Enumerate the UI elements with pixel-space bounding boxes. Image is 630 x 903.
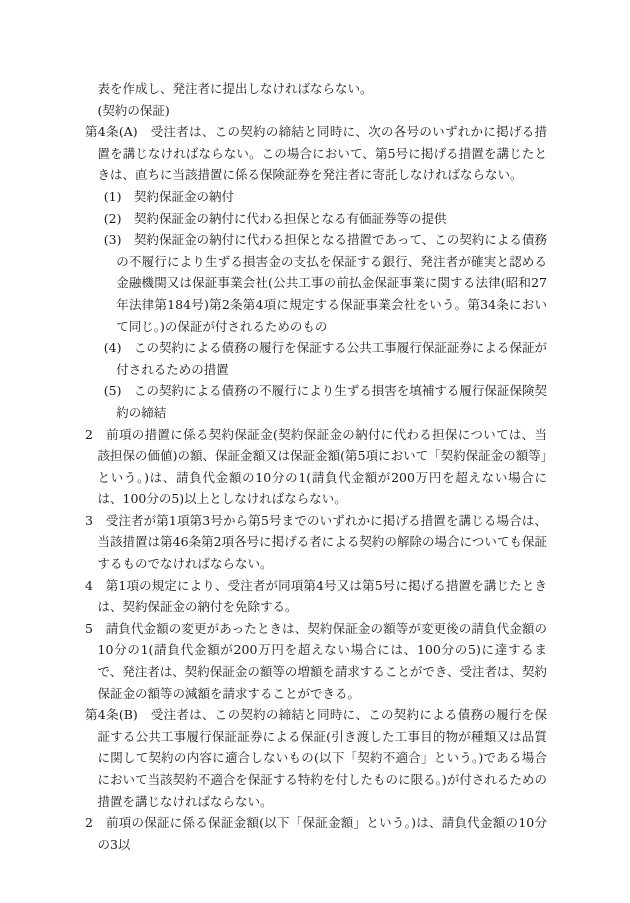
paragraph-number: 3: [85, 513, 93, 528]
text-run: この契約による債務の履行を保証する公共工事履行保証証券による保証が付されるための…: [116, 340, 547, 377]
text-run: 契約保証金の納付に代わる担保となる措置であって、この契約による債務の不履行により…: [116, 232, 547, 333]
list-item: (1) 契約保証金の納付: [85, 186, 547, 208]
item-number: (2): [104, 211, 122, 226]
item-number: (1): [104, 189, 122, 204]
text-run: 受注者は、この契約の締結と同時に、この契約による債務の履行を保証する公共工事履行…: [98, 707, 548, 808]
item-number: (5): [104, 383, 122, 398]
item-number: (3): [104, 232, 122, 247]
numbered-paragraph: 2 前項の保証に係る保証金額(以下「保証金額」という。)は、請負代金額の10分の…: [85, 812, 547, 855]
article-paragraph: 第4条(B) 受注者は、この契約の締結と同時に、この契約による債務の履行を保証す…: [85, 704, 547, 812]
text-run: 契約保証金の納付: [134, 189, 234, 204]
numbered-paragraph: 4 第1項の規定により、受注者が同項第4号又は第5号に掲げる措置を講じたときは、…: [85, 575, 547, 618]
text-run: この契約による債務の不履行により生ずる損害を填補する履行保証保険契約の締結: [116, 383, 547, 420]
list-item: (5) この契約による債務の不履行により生ずる損害を填補する履行保証保険契約の締…: [85, 380, 547, 423]
paragraph-number: 4: [85, 578, 93, 593]
text-run: 受注者が第1項第3号から第5号までのいずれかに掲げる措置を講じる場合は、当該措置…: [98, 513, 548, 571]
paragraph-number: 第4条(B): [85, 707, 138, 722]
paragraph-number: 2: [85, 427, 93, 442]
numbered-paragraph: 2 前項の措置に係る契約保証金(契約保証金の納付に代わる担保については、当該担保…: [85, 424, 547, 510]
paragraph-number: 2: [85, 815, 93, 830]
paragraph-number: 5: [85, 621, 93, 636]
text-run: 前項の措置に係る契約保証金(契約保証金の納付に代わる担保については、当該担保の価…: [98, 427, 548, 507]
numbered-paragraph: 5 請負代金額の変更があったときは、契約保証金の額等が変更後の請負代金額の10分…: [85, 618, 547, 704]
item-number: (4): [104, 340, 122, 355]
list-item: (3) 契約保証金の納付に代わる担保となる措置であって、この契約による債務の不履…: [85, 229, 547, 337]
continuation-line: 表を作成し、発注者に提出しなければならない。: [85, 78, 547, 100]
text-run: (契約の保証): [98, 103, 170, 118]
document-page: 表を作成し、発注者に提出しなければならない。(契約の保証)第4条(A) 受注者は…: [0, 0, 630, 903]
text-run: 請負代金額の変更があったときは、契約保証金の額等が変更後の請負代金額の10分の1…: [98, 621, 548, 701]
list-item: (2) 契約保証金の納付に代わる担保となる有価証券等の提供: [85, 208, 547, 230]
article-paragraph: 第4条(A) 受注者は、この契約の締結と同時に、次の各号のいずれかに掲げる措置を…: [85, 121, 547, 186]
text-run: 受注者は、この契約の締結と同時に、次の各号のいずれかに掲げる措置を講じなければな…: [98, 124, 548, 182]
text-run: 契約保証金の納付に代わる担保となる有価証券等の提供: [134, 211, 447, 226]
document-body: 表を作成し、発注者に提出しなければならない。(契約の保証)第4条(A) 受注者は…: [85, 78, 547, 855]
text-run: 第1項の規定により、受注者が同項第4号又は第5号に掲げる措置を講じたときは、契約…: [98, 578, 547, 615]
text-run: 前項の保証に係る保証金額(以下「保証金額」という。)は、請負代金額の10分の3以: [98, 815, 548, 852]
numbered-paragraph: 3 受注者が第1項第3号から第5号までのいずれかに掲げる措置を講じる場合は、当該…: [85, 510, 547, 575]
section-heading: (契約の保証): [85, 100, 547, 122]
paragraph-number: 第4条(A): [85, 124, 138, 139]
text-run: 表を作成し、発注者に提出しなければならない。: [98, 81, 373, 96]
list-item: (4) この契約による債務の履行を保証する公共工事履行保証証券による保証が付され…: [85, 337, 547, 380]
